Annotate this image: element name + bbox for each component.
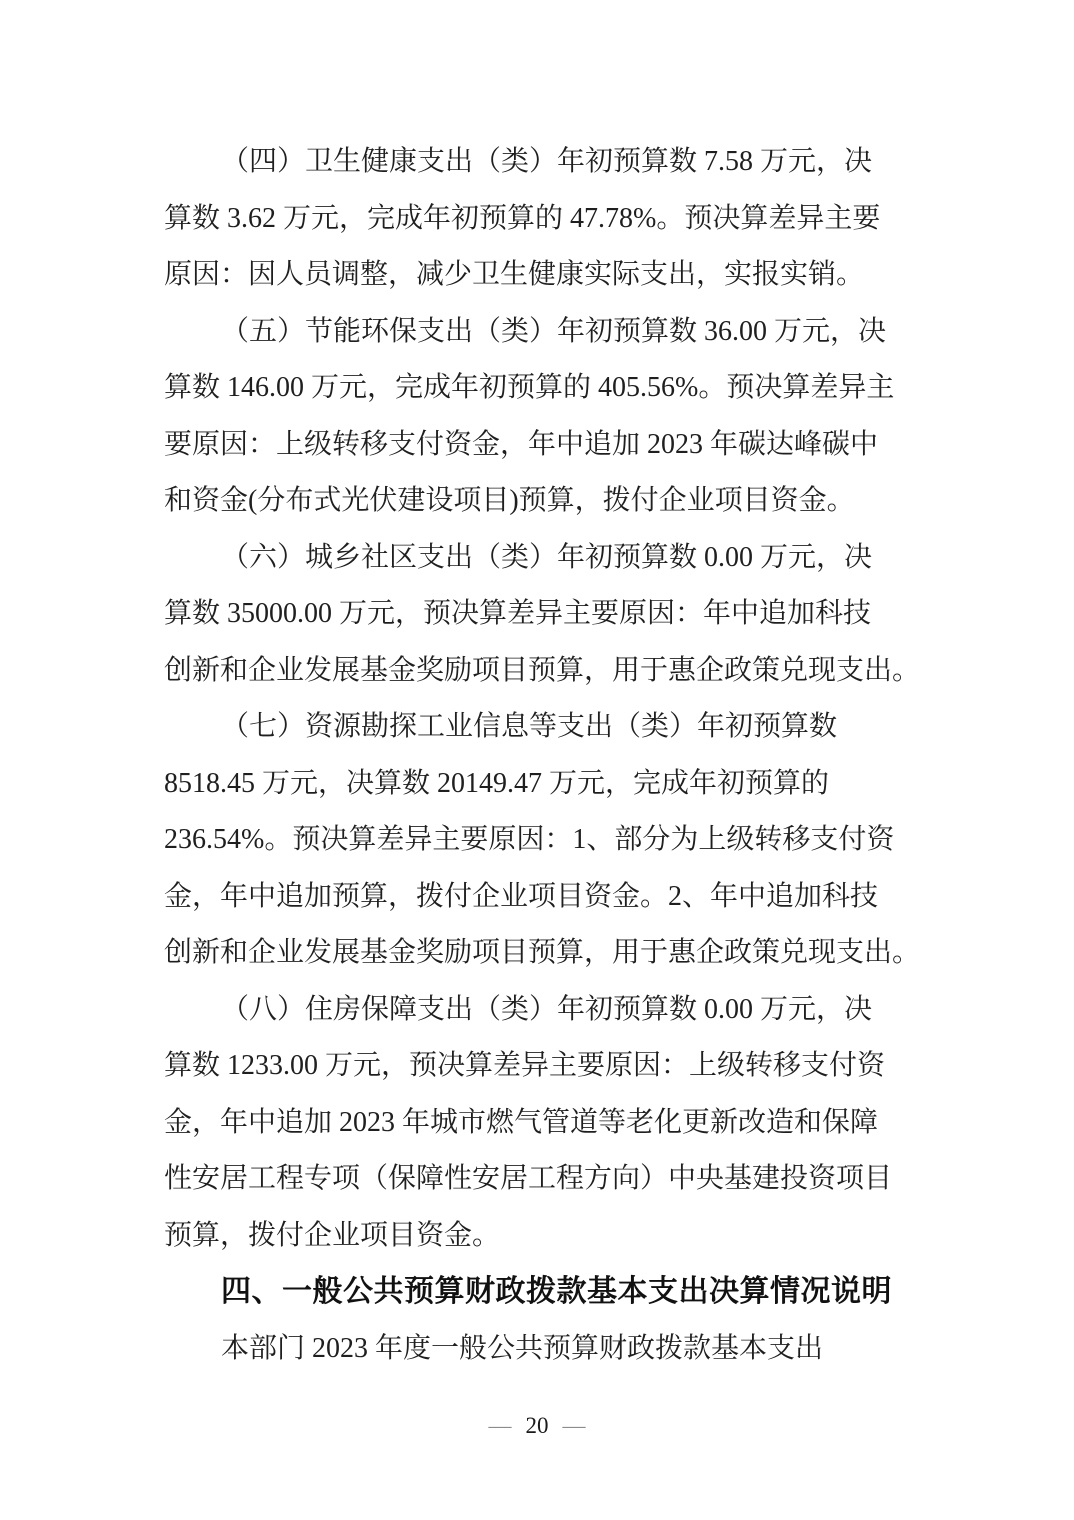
text-line: 算数 146.00 万元，完成年初预算的 405.56%。预决算差异主 [164,360,912,417]
paragraph-item-4: （四）卫生健康支出（类）年初预算数 7.58 万元，决 算数 3.62 万元，完… [164,134,912,304]
page-number: 20 [526,1413,549,1438]
text-line: 和资金(分布式光伏建设项目)预算，拨付企业项目资金。 [164,473,912,530]
text-line: （六）城乡社区支出（类）年初预算数 0.00 万元，决 [164,530,912,587]
text-line: 预算，拨付企业项目资金。 [164,1208,912,1265]
text-line: （八）住房保障支出（类）年初预算数 0.00 万元，决 [164,982,912,1039]
text-line: 创新和企业发展基金奖励项目预算，用于惠企政策兑现支出。 [164,925,912,982]
paragraph-item-5: （五）节能环保支出（类）年初预算数 36.00 万元，决 算数 146.00 万… [164,304,912,530]
closing-paragraph-line: 本部门 2023 年度一般公共预算财政拨款基本支出 [164,1321,912,1378]
footer-dash-right: — [563,1413,586,1438]
text-line: 算数 3.62 万元，完成年初预算的 47.78%。预决算差异主要 [164,191,912,248]
paragraph-item-7: （七）资源勘探工业信息等支出（类）年初预算数 8518.45 万元，决算数 20… [164,699,912,982]
paragraph-item-6: （六）城乡社区支出（类）年初预算数 0.00 万元，决 算数 35000.00 … [164,530,912,700]
text-line: 要原因：上级转移支付资金，年中追加 2023 年碳达峰碳中 [164,417,912,474]
text-line: （五）节能环保支出（类）年初预算数 36.00 万元，决 [164,304,912,361]
page-footer: —20— [0,1411,1074,1441]
text-line: 金，年中追加预算，拨付企业项目资金。2、年中追加科技 [164,869,912,926]
text-line: 原因：因人员调整，减少卫生健康实际支出，实报实销。 [164,247,912,304]
text-line: 算数 1233.00 万元，预决算差异主要原因：上级转移支付资 [164,1038,912,1095]
text-line: 金，年中追加 2023 年城市燃气管道等老化更新改造和保障 [164,1095,912,1152]
section-heading: 四、一般公共预算财政拨款基本支出决算情况说明 [164,1264,912,1321]
footer-dash-left: — [489,1413,512,1438]
text-line: 性安居工程专项（保障性安居工程方向）中央基建投资项目 [164,1151,912,1208]
paragraph-item-8: （八）住房保障支出（类）年初预算数 0.00 万元，决 算数 1233.00 万… [164,982,912,1265]
text-line: 算数 35000.00 万元，预决算差异主要原因：年中追加科技 [164,586,912,643]
document-body: （四）卫生健康支出（类）年初预算数 7.58 万元，决 算数 3.62 万元，完… [164,134,912,1377]
text-line: （七）资源勘探工业信息等支出（类）年初预算数 [164,699,912,756]
text-line: 创新和企业发展基金奖励项目预算，用于惠企政策兑现支出。 [164,643,912,700]
text-line: 8518.45 万元，决算数 20149.47 万元，完成年初预算的 [164,756,912,813]
text-line: 236.54%。预决算差异主要原因：1、部分为上级转移支付资 [164,812,912,869]
text-line: （四）卫生健康支出（类）年初预算数 7.58 万元，决 [164,134,912,191]
